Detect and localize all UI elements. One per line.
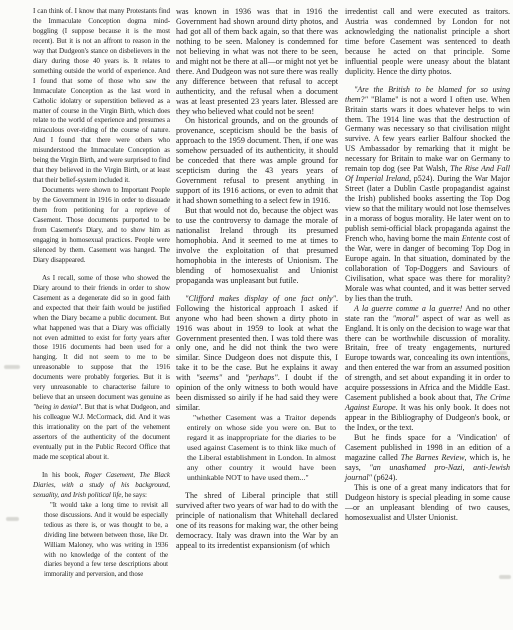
paragraph: was known in 1936 was that in 1916 the G… [176, 7, 338, 116]
text-column-2: was known in 1936 was that in 1916 the G… [176, 7, 338, 580]
document-page: I can think of. I know that many Protest… [0, 0, 513, 630]
paragraph: irredentist call and were executed as tr… [345, 7, 510, 77]
paragraph: I can think of. I know that many Protest… [33, 7, 170, 186]
scan-artifact [494, 126, 503, 131]
paragraph: "Are the British to be blamed for so usi… [345, 85, 510, 304]
paragraph: On historical grounds, and on the ground… [176, 116, 338, 206]
paragraph: "Clifford makes display of one fact only… [176, 294, 338, 413]
block-quote: "whether Casement was a Traitor depends … [187, 413, 336, 483]
text-column-1: I can think of. I know that many Protest… [33, 7, 170, 580]
scan-artifact [499, 575, 511, 579]
scan-artifact [4, 365, 20, 369]
text-column-3: irredentist call and were executed as tr… [345, 7, 510, 580]
scan-artifact [496, 351, 507, 355]
block-quote: "It would take a long time to revisit al… [44, 501, 168, 581]
scan-artifact [6, 517, 19, 521]
paragraph: As I recall, some of those who showed th… [33, 274, 170, 463]
paragraph: Documents were shown to Important People… [33, 186, 170, 266]
page-columns: I can think of. I know that many Protest… [33, 7, 510, 580]
paragraph: A la guerre comme a la guerre! And no ot… [345, 304, 510, 433]
paragraph: But he finds space for a 'Vindication' o… [345, 433, 510, 483]
paragraph: This is one of a great many indicators t… [345, 483, 510, 523]
paragraph: But that would not do, because the objec… [176, 206, 338, 286]
paragraph: The shred of Liberal principle that stil… [176, 491, 338, 551]
paragraph: In his book, Roger Casement, The Black D… [33, 471, 170, 501]
